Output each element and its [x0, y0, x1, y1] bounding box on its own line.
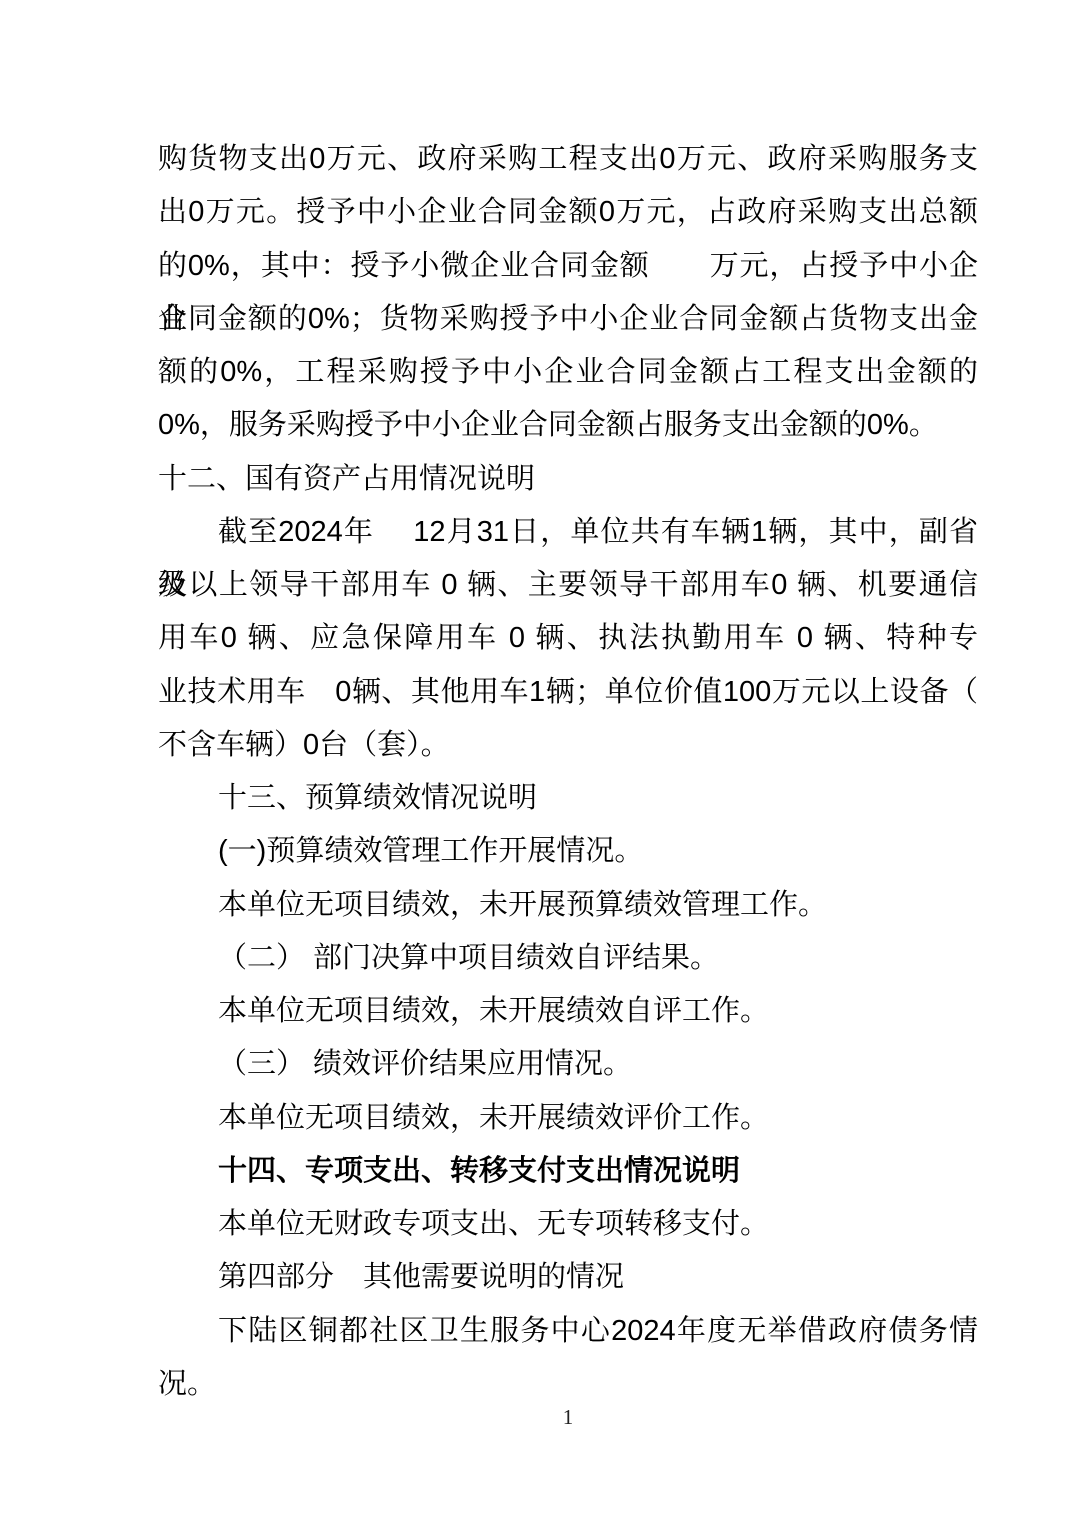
text-line: 截至2024年 12月31日，单位共有车辆1辆，其中，副省级 [158, 506, 978, 559]
text-line: 本单位无项目绩效，未开展预算绩效管理工作。 [158, 879, 978, 932]
text-line: 本单位无财政专项支出、无专项转移支付。 [158, 1198, 978, 1251]
page-footer: 1 [158, 1405, 978, 1430]
text-line: 业技术用车 0辆、其他用车1辆；单位价值100万元以上设备（ [158, 666, 978, 719]
text-line: 购货物支出0万元、政府采购工程支出0万元、政府采购服务支 [158, 133, 978, 186]
text-line: 第四部分 其他需要说明的情况 [158, 1251, 978, 1304]
page-number: 1 [563, 1405, 574, 1429]
text-line: 下陆区铜都社区卫生服务中心2024年度无举借政府债务情 [158, 1305, 978, 1358]
text-line: 用车0 辆、应急保障用车 0 辆、执法执勤用车 0 辆、特种专 [158, 612, 978, 665]
text-line: 额的0%，工程采购授予中小企业合同金额占工程支出金额的 [158, 346, 978, 399]
text-line: 合同金额的0%；货物采购授予中小企业合同金额占货物支出金 [158, 293, 978, 346]
text-line: (一)预算绩效管理工作开展情况。 [158, 825, 978, 878]
text-line: 十四、专项支出、转移支付支出情况说明 [158, 1145, 978, 1198]
text-line: 出0万元。授予中小企业合同金额0万元，占政府采购支出总额 [158, 186, 978, 239]
document-body: 购货物支出0万元、政府采购工程支出0万元、政府采购服务支出0万元。授予中小企业合… [158, 133, 978, 1411]
text-line: 不含车辆）0台（套）。 [158, 719, 978, 772]
text-line: （二） 部门决算中项目绩效自评结果。 [158, 932, 978, 985]
text-line: 的0%，其中：授予小微企业合同金额 万元，占授予中小企业 [158, 240, 978, 293]
text-line: 况。 [158, 1358, 978, 1411]
text-line: 十二、国有资产占用情况说明 [158, 453, 978, 506]
text-line: 十三、预算绩效情况说明 [158, 772, 978, 825]
text-line: 0%，服务采购授予中小企业合同金额占服务支出金额的0%。 [158, 399, 978, 452]
text-line: 及以上领导干部用车 0 辆、主要领导干部用车0 辆、机要通信 [158, 559, 978, 612]
document-page: 购货物支出0万元、政府采购工程支出0万元、政府采购服务支出0万元。授予中小企业合… [0, 0, 1074, 1520]
text-line: （三） 绩效评价结果应用情况。 [158, 1038, 978, 1091]
text-line: 本单位无项目绩效，未开展绩效自评工作。 [158, 985, 978, 1038]
text-line: 本单位无项目绩效，未开展绩效评价工作。 [158, 1092, 978, 1145]
